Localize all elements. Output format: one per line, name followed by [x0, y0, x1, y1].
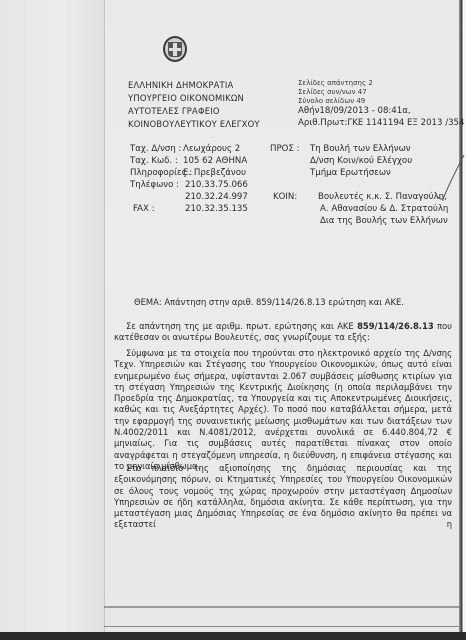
coat-of-arms-icon [163, 36, 187, 62]
intro-paragraph: Σε απάντηση της με αριθμ. πρωτ. ερώτησης… [114, 321, 452, 344]
date-line: Αθήν18/09/2013 - 08:41α, [298, 106, 411, 117]
contact-label-postcode: Ταχ. Κωδ. : [130, 156, 178, 167]
to-line-1: Τη Βουλή των Ελλήνων [310, 144, 411, 155]
body-paragraph-2: Στο πλαίσιο της αξιοποίησης της δημόσιας… [114, 463, 452, 531]
body-paragraph-1: Σύμφωνα με τα στοιχεία που τηρούνται στο… [114, 348, 452, 472]
contact-label-fax: FAX : [133, 204, 155, 215]
org-line-4: ΚΟΙΝΟΒΟΥΛΕΥΤΙΚΟΥ ΕΛΕΓΧΟΥ [128, 119, 260, 130]
contact-value-info: Ε. Πρεβεζάνου [183, 168, 246, 179]
contact-value-phone-1: 210.33.75.066 [185, 180, 248, 191]
scan-bottom-line [104, 626, 460, 627]
contact-value-postcode: 105 62 ΑΘΗΝΑ [183, 156, 247, 167]
protocol-number: Αριθ.Πρωτ:ΓΚΕ 1141194 ΕΞ 2013 /354 [298, 118, 465, 129]
scan-background-left [0, 0, 104, 632]
handwritten-checkmark-icon [434, 152, 466, 204]
page-right-edge [459, 0, 466, 640]
pages-attached: Σελίδες συν/νων 47 [298, 88, 367, 97]
org-line-1: ΕΛΛΗΝΙΚΗ ΔΗΜΟΚΡΑΤΙΑ [128, 80, 233, 91]
pages-reply: Σελίδες απάντησης 2 [298, 79, 373, 88]
cc-line-3: Δια της Βουλής των Ελλήνων [320, 216, 448, 227]
org-line-3: ΑΥΤΟΤΕΛΕΣ ΓΡΑΦΕΙΟ [128, 106, 220, 117]
page-bottom-edge [0, 632, 466, 640]
contact-label-address: Ταχ. Δ/νση : [130, 144, 181, 155]
org-line-2: ΥΠΟΥΡΓΕΙΟ ΟΙΚΟΝΟΜΙΚΩΝ [128, 93, 244, 104]
scan-fold-line [104, 606, 460, 608]
contact-value-fax: 210.32.35.135 [185, 204, 248, 215]
contact-label-phone: Τηλέφωνο : [130, 180, 179, 191]
cc-label: ΚΟΙΝ: [273, 192, 297, 203]
to-line-2: Δ/νση Κοιν/κού Ελέγχου [310, 156, 412, 167]
cc-line-1: Βουλευτές κ.κ. Σ. Παναγούλη, [318, 192, 447, 203]
contact-value-address: Λεωχάρους 2 [183, 144, 240, 155]
question-reference: 859/114/26.8.13 [357, 321, 434, 331]
intro-text-pre: Σε απάντηση της με αριθμ. πρωτ. ερώτησης… [126, 321, 357, 331]
to-line-3: Τμήμα Ερωτήσεων [310, 168, 391, 179]
subject-line: ΘΕΜΑ: Απάντηση στην αριθ. 859/114/26.8.1… [134, 297, 404, 308]
contact-value-phone-2: 210.32.24.997 [185, 192, 248, 203]
pages-total: Σύνολο σελίδων 49 [298, 97, 365, 106]
to-label: ΠΡΟΣ : [270, 144, 299, 155]
cc-line-2: Α. Αθανασίου & Δ. Στρατούλη [320, 204, 448, 215]
